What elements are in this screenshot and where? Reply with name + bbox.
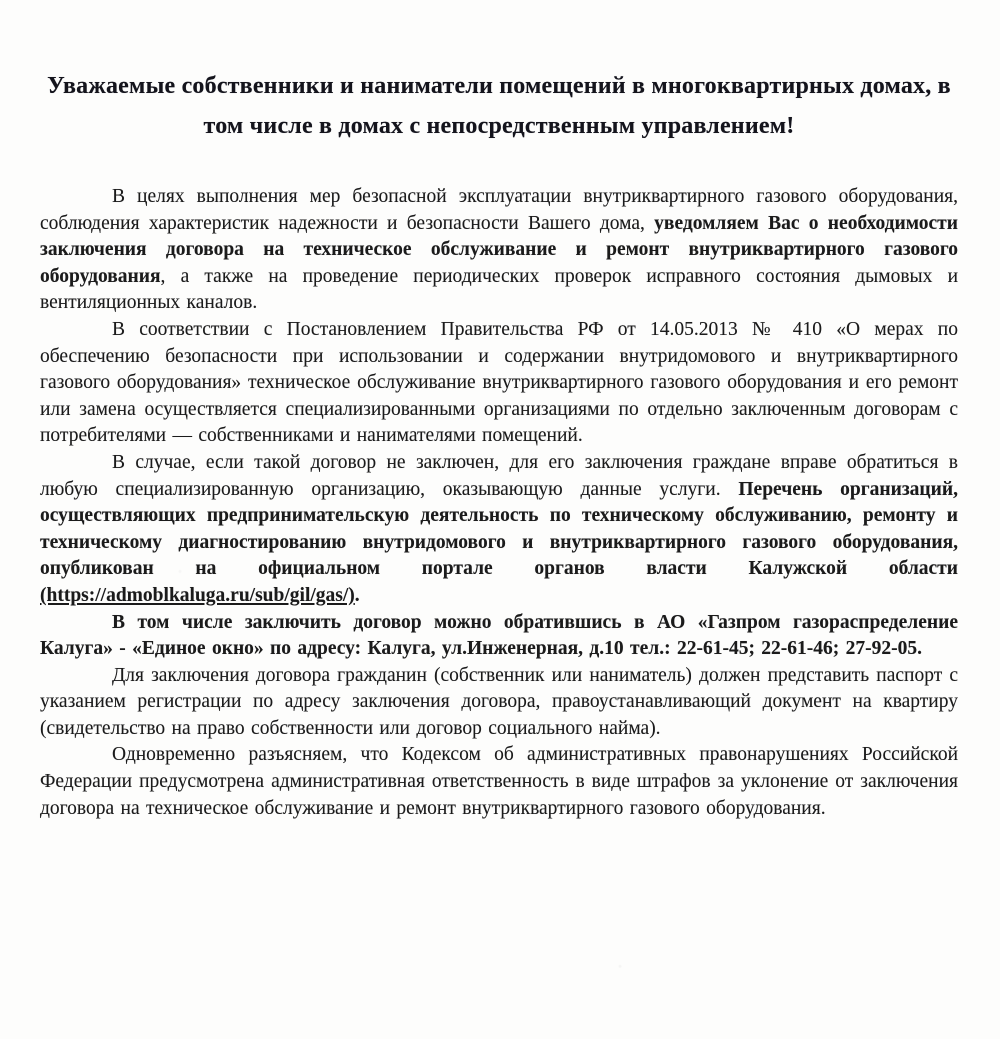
page-title: Уважаемые собственники и наниматели поме… (40, 66, 958, 146)
scanned-notice-page: Уважаемые собственники и наниматели поме… (0, 0, 1000, 1039)
notice-body: В целях выполнения мер безопасной эксплу… (40, 184, 958, 822)
paragraph-government-decree: В соответствии с Постановлением Правител… (40, 317, 958, 450)
paragraph-gazprom-contact: В том числе заключить договор можно обра… (40, 610, 958, 663)
paragraph-safety-notice: В целях выполнения мер безопасной эксплу… (40, 184, 958, 317)
portal-url-link[interactable]: (https://admoblkaluga.ru/sub/gil/gas/) (40, 585, 355, 606)
paragraph-organizations-list: В случае, если такой договор не заключен… (40, 450, 958, 610)
p6-normal-1: Одновременно разъясняем, что Кодексом об… (40, 744, 958, 818)
paragraph-administrative-liability: Одновременно разъясняем, что Кодексом об… (40, 742, 958, 822)
p1-normal-2: , а также на проведение периодических пр… (40, 266, 958, 314)
p4-bold-contact-info: В том числе заключить договор можно обра… (40, 612, 958, 660)
p2-normal-1: В соответствии с Постановлением Правител… (40, 319, 958, 446)
p5-normal-1: Для заключения договора гражданин (собст… (40, 665, 958, 739)
notice-content: Уважаемые собственники и наниматели поме… (0, 0, 1000, 822)
p3-bold-period: . (355, 585, 360, 606)
paragraph-required-documents: Для заключения договора гражданин (собст… (40, 663, 958, 743)
